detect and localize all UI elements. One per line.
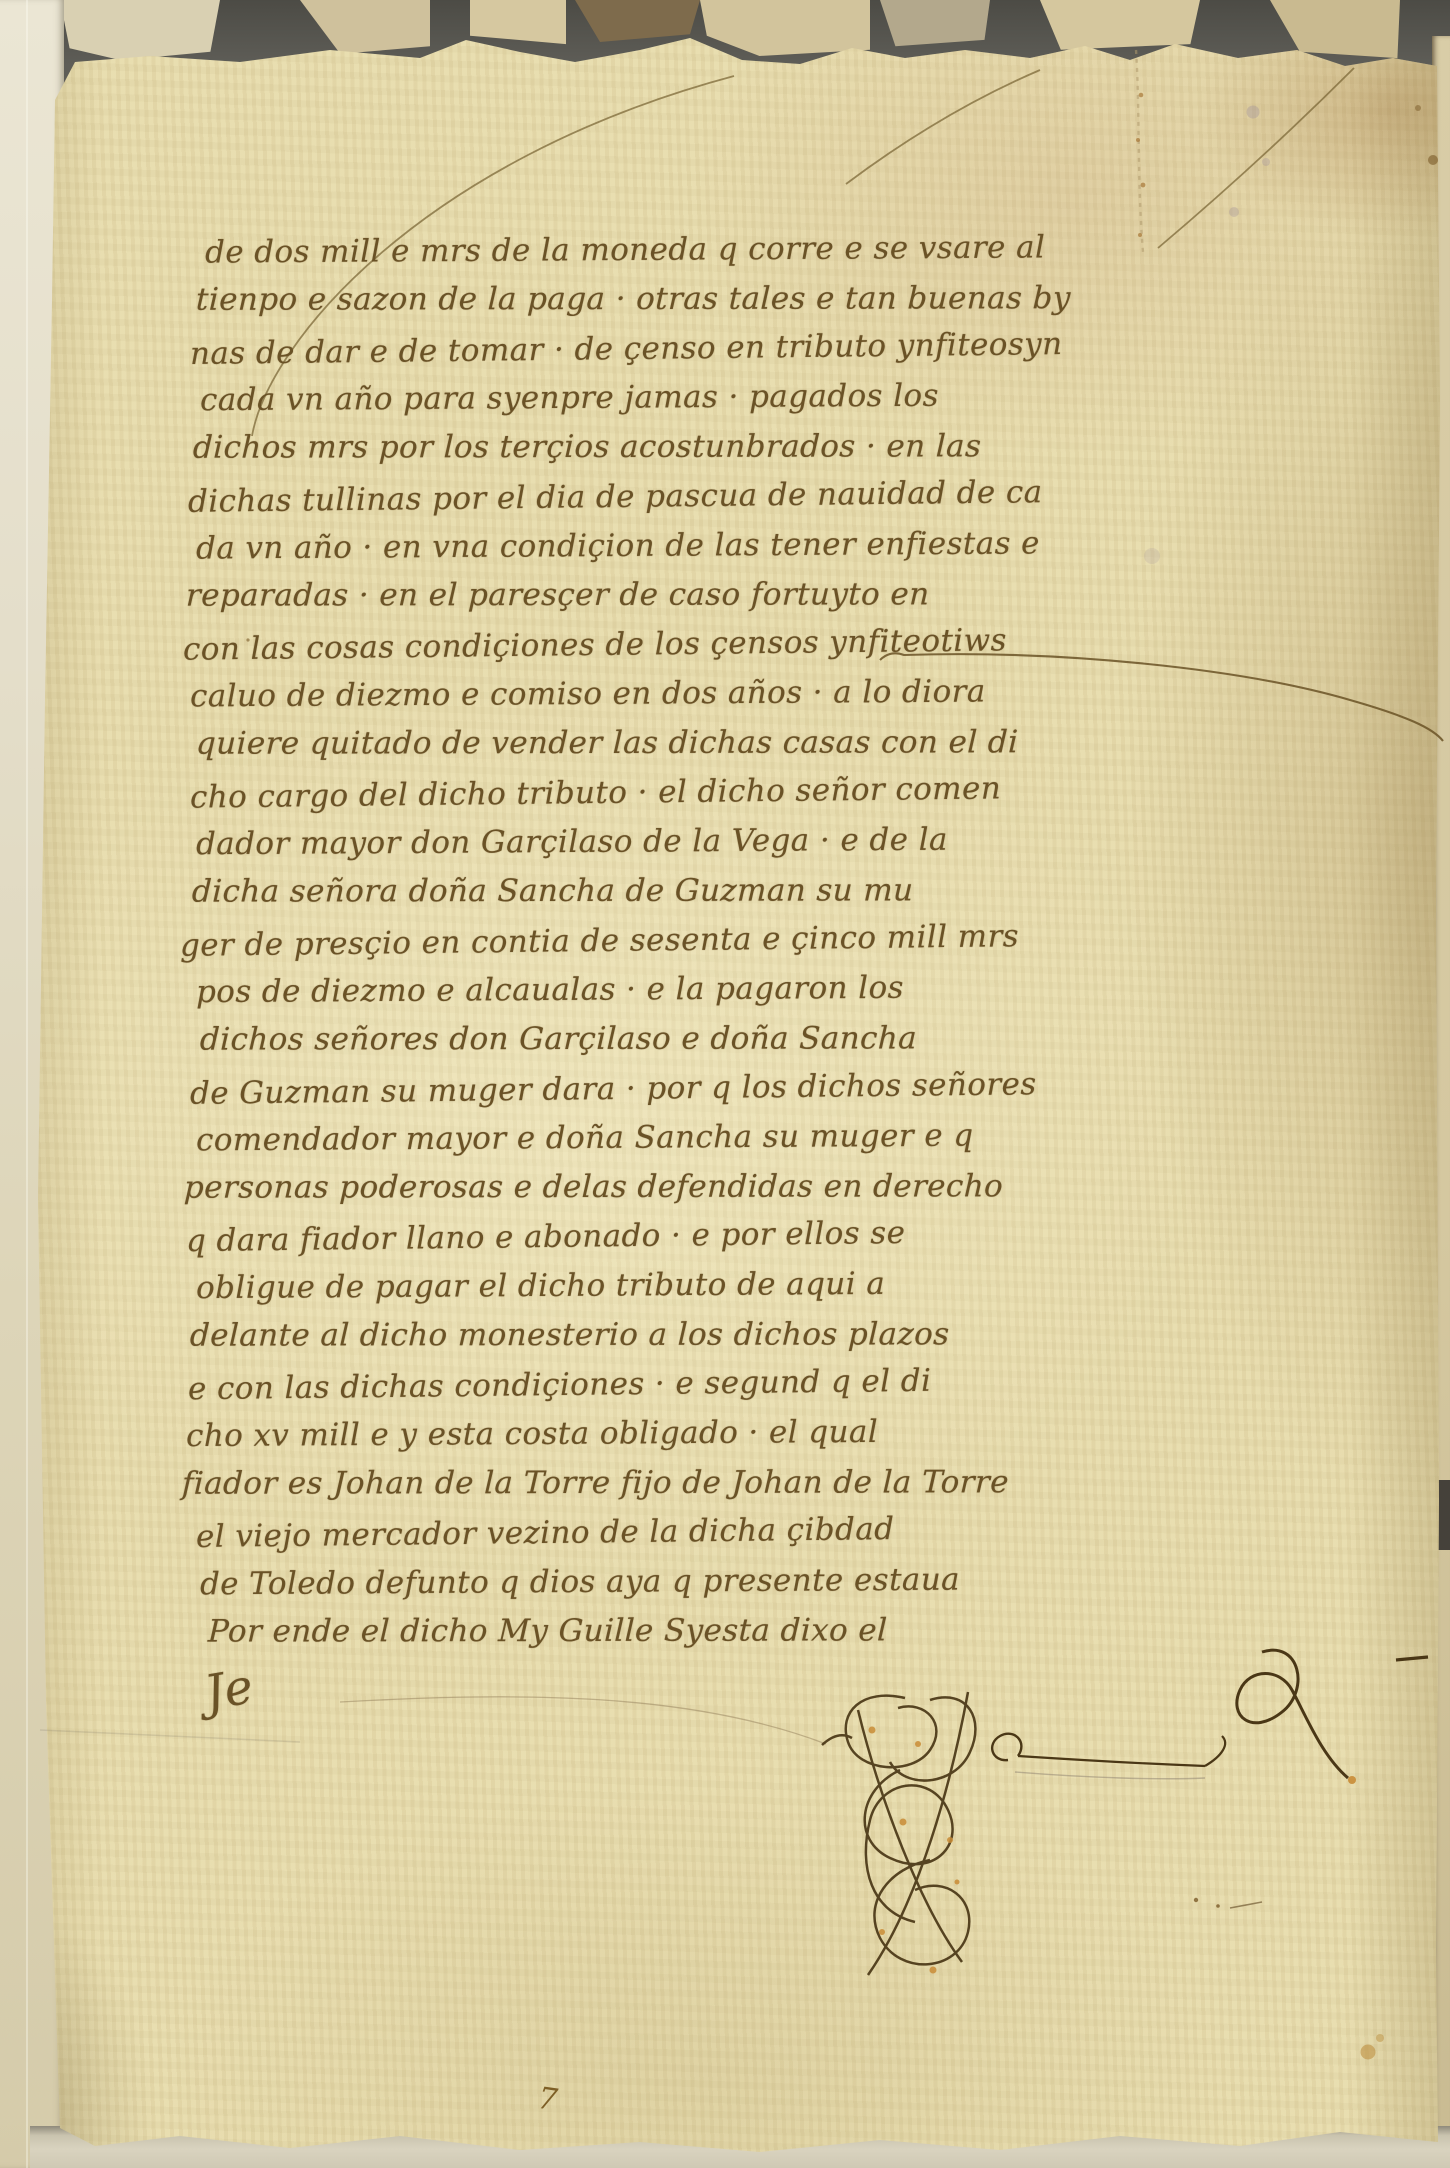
manuscript-line: delante al dicho monesterio a los dichos… — [189, 1316, 950, 1353]
manuscript-line: da vn año · en vna condiçion de las tene… — [196, 525, 1040, 566]
text-block: de dos mill e mrs de la moneda q corre e… — [0, 0, 1450, 2168]
manuscript-line: dichos señores don Garçilaso e doña Sanc… — [199, 1020, 917, 1057]
manuscript-line: de Guzman su muger dara · por q los dich… — [190, 1066, 1037, 1112]
manuscript-line: quiere quitado de vender las dichas casa… — [195, 724, 1019, 761]
manuscript-line: dichos mrs por los terçios acostunbrados… — [192, 428, 982, 465]
manuscript-line: dichas tullinas por el dia de pascua de … — [188, 474, 1043, 520]
manuscript-line: de dos mill e mrs de la moneda q corre e… — [205, 229, 1046, 270]
manuscript-line: personas poderosas e delas defendidas en… — [183, 1168, 1003, 1205]
manuscript-photo: de dos mill e mrs de la moneda q corre e… — [0, 0, 1450, 2168]
manuscript-line: cada vn año para syenpre jamas · pagados… — [200, 378, 939, 419]
manuscript-line: dador mayor don Garçilaso de la Vega · e… — [196, 822, 948, 863]
manuscript-line: pos de diezmo e alcaualas · e la pagaron… — [196, 970, 904, 1010]
manuscript-line: el viejo mercador vezino de la dicha çib… — [196, 1511, 895, 1555]
manuscript-line: de Toledo defunto q dios aya q presente … — [200, 1562, 960, 1603]
manuscript-line: comendador mayor e doña Sancha su muger … — [196, 1118, 974, 1159]
manuscript-line: cho xv mill e y esta costa obligado · el… — [186, 1414, 878, 1454]
final-paraph: Je — [200, 1658, 257, 1721]
manuscript-line: caluo de diezmo e comiso en dos años · a… — [190, 674, 986, 715]
manuscript-line: nas de dar e de tomar · de çenso en trib… — [190, 326, 1063, 372]
manuscript-line: q dara fiador llano e abonado · e por el… — [186, 1215, 906, 1259]
manuscript-line: reparadas · en el paresçer de caso fortu… — [185, 576, 930, 613]
manuscript-line: tienpo e sazon de la paga · otras tales … — [195, 280, 1071, 318]
manuscript-line: con las cosas condiçiones de los çensos … — [183, 622, 1007, 667]
manuscript-line: fiador es Johan de la Torre fijo de Joha… — [181, 1464, 1009, 1501]
manuscript-line: Por ende el dicho My Guille Syesta dixo … — [207, 1612, 888, 1649]
manuscript-line: obligue de pagar el dicho tributo de aqu… — [196, 1266, 885, 1306]
manuscript-line: dicha señora doña Sancha de Guzman su mu — [191, 872, 914, 909]
manuscript-line: e con las dichas condiçiones · e segund … — [188, 1363, 932, 1407]
manuscript-line: cho cargo del dicho tributo · el dicho s… — [190, 770, 1001, 815]
manuscript-line: ger de presçio en contia de sesenta e çi… — [180, 918, 1019, 964]
